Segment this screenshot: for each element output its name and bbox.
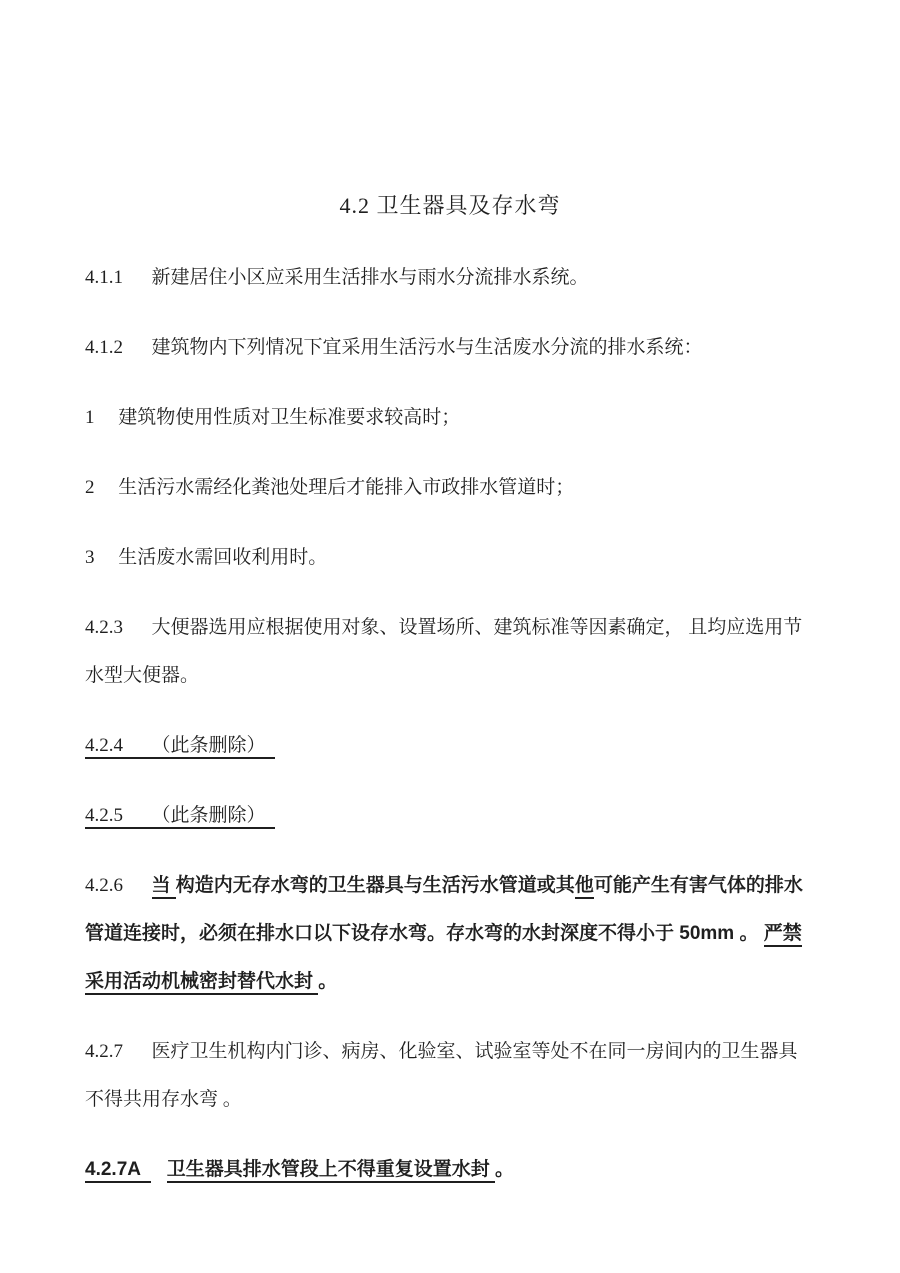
document-body: 4.1.1 新建居住小区应采用生活排水与雨水分流排水系统。4.1.2 建筑物内下… bbox=[85, 254, 815, 1194]
underlined-text: 当 bbox=[152, 875, 176, 899]
underlined-text: 4.2.5 （此条删除） bbox=[85, 805, 275, 829]
text-segment: 新建居住小区应采用生活排水与雨水分流排水系统。 bbox=[152, 267, 589, 288]
text-segment: 。 bbox=[318, 971, 337, 992]
underlined-text: 4.2.4 （此条删除） bbox=[85, 735, 275, 759]
clause-4-2-3: 4.2.3 大便器选用应根据使用对象、设置场所、建筑标准等因素确定， 且均应选用… bbox=[85, 604, 815, 700]
text-segment: 4.2.3 bbox=[85, 617, 152, 638]
clause-4-2-7A: 4.2.7A 卫生器具排水管段上不得重复设置水封 。 bbox=[85, 1146, 815, 1194]
text-segment: 。 bbox=[495, 1159, 514, 1180]
text-segment: 建筑物内下列情况下宜采用生活污水与生活废水分流的排水系统： bbox=[152, 337, 703, 358]
section-heading: 4.2 卫生器具及存水弯 bbox=[85, 192, 815, 220]
text-segment: 生活污水需经化粪池处理后才能排入市政排水管道时； bbox=[118, 477, 574, 498]
text-segment: 3 bbox=[85, 547, 118, 568]
clause-4-2-7: 4.2.7 医疗卫生机构内门诊、病房、化验室、试验室等处不在同一房间内的卫生器具… bbox=[85, 1028, 815, 1124]
list-item-2: 2 生活污水需经化粪池处理后才能排入市政排水管道时； bbox=[85, 464, 815, 512]
clause-4-2-6: 4.2.6 当 构造内无存水弯的卫生器具与生活污水管道或其他可能产生有害气体的排… bbox=[85, 862, 815, 1006]
text-segment: 2 bbox=[85, 477, 118, 498]
text-segment: 1 bbox=[85, 407, 118, 428]
list-item-3: 3 生活废水需回收利用时。 bbox=[85, 534, 815, 582]
underlined-text: 4.2.7A bbox=[85, 1159, 151, 1183]
text-segment: 4.1.1 bbox=[85, 267, 152, 288]
text-segment: 生活废水需回收利用时。 bbox=[118, 547, 327, 568]
clause-4-2-4-deleted: 4.2.4 （此条删除） bbox=[85, 722, 815, 770]
underlined-text: 他 bbox=[575, 875, 594, 899]
text-segment: 医疗卫生机构内门诊、病房、化验室、试验室等处不在同一房间内的卫生器具不得共用存水… bbox=[85, 1041, 798, 1110]
text-segment: 建筑物使用性质对卫生标准要求较高时； bbox=[118, 407, 460, 428]
list-item-1: 1 建筑物使用性质对卫生标准要求较高时； bbox=[85, 394, 815, 442]
text-segment: 4.1.2 bbox=[85, 337, 152, 358]
text-segment bbox=[151, 1159, 167, 1180]
document-page: 4.2 卫生器具及存水弯 4.1.1 新建居住小区应采用生活排水与雨水分流排水系… bbox=[0, 0, 900, 1273]
text-segment: 4.2.6 bbox=[85, 875, 152, 896]
clause-4-1-1: 4.1.1 新建居住小区应采用生活排水与雨水分流排水系统。 bbox=[85, 254, 815, 302]
underlined-text: 卫生器具排水管段上不得重复设置水封 bbox=[167, 1159, 495, 1183]
clause-4-2-5-deleted: 4.2.5 （此条删除） bbox=[85, 792, 815, 840]
text-segment: 大便器选用应根据使用对象、设置场所、建筑标准等因素确定， 且均应选用节水型大便器… bbox=[85, 617, 802, 686]
text-segment: 构造内无存水弯的卫生器具与生活污水管道或其 bbox=[176, 875, 575, 896]
text-segment: 4.2.7 bbox=[85, 1041, 152, 1062]
clause-4-1-2: 4.1.2 建筑物内下列情况下宜采用生活污水与生活废水分流的排水系统： bbox=[85, 324, 815, 372]
